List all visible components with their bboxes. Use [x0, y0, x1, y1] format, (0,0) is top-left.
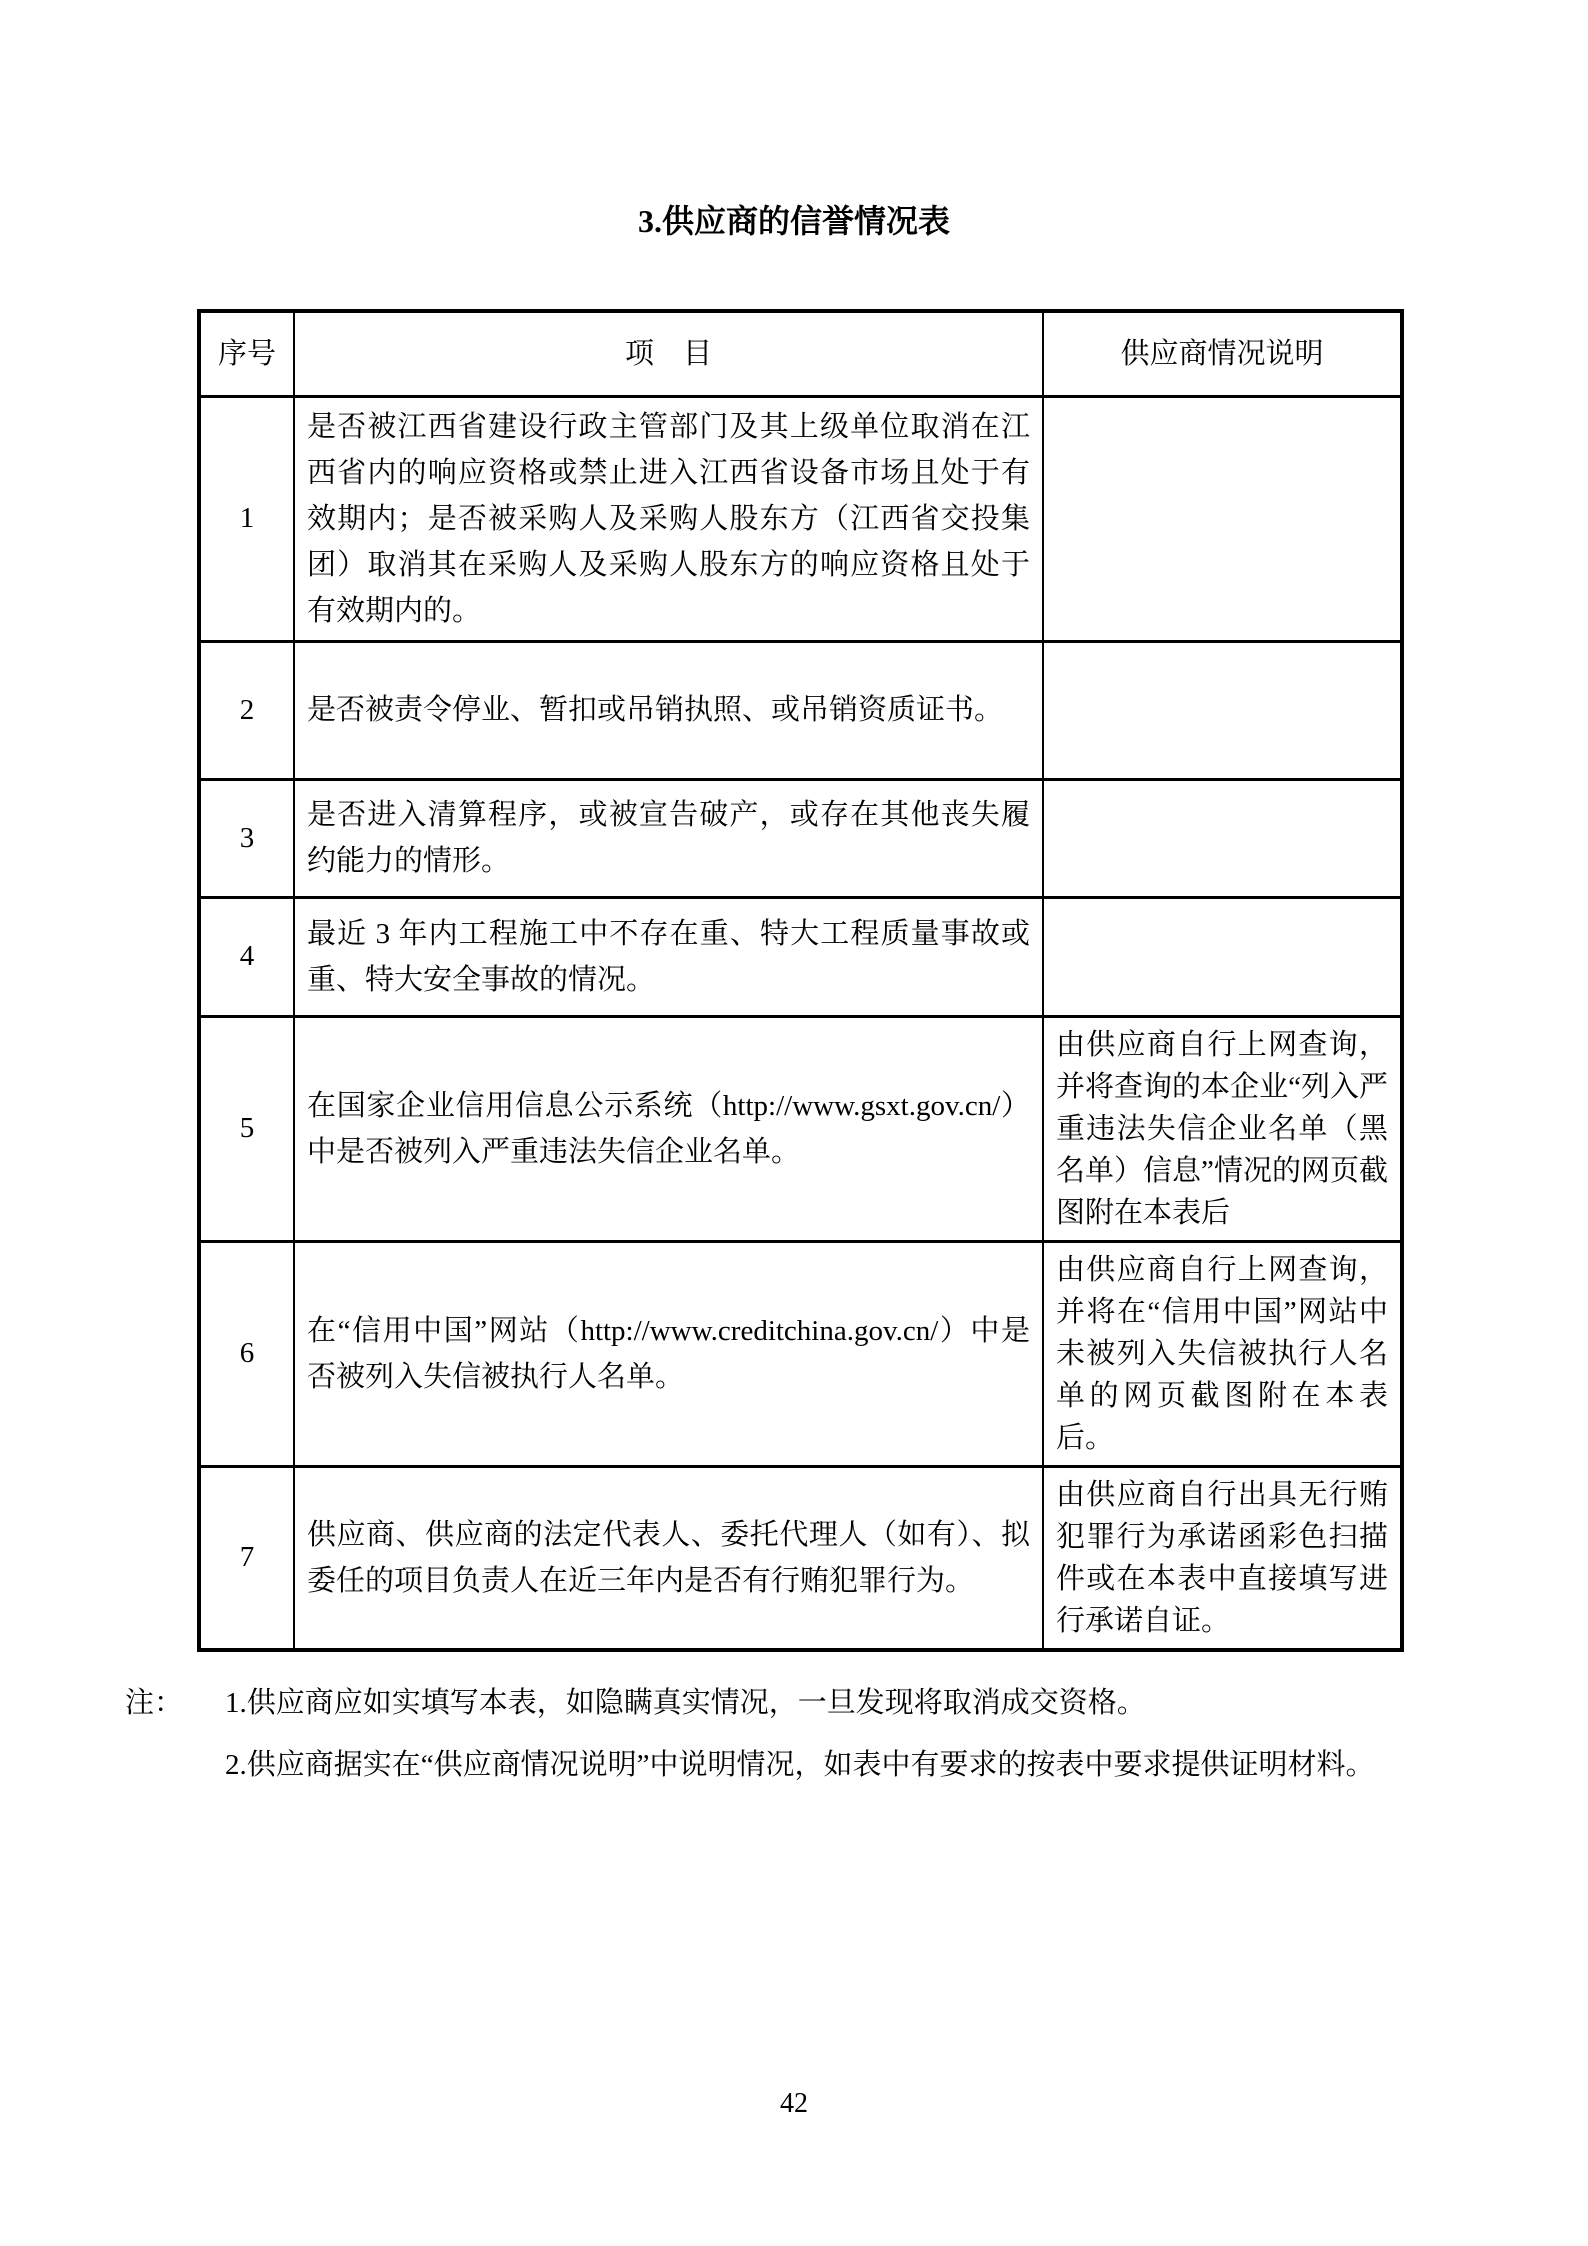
page-number: 42 [0, 2088, 1588, 2120]
header-cell-desc: 供应商情况说明 [1043, 311, 1402, 396]
row-4-item-cell: 最近 3 年内工程施工中不存在重、特大工程质量事故或重、特大安全事故的情况。 [294, 897, 1043, 1016]
row-3-item-cell: 是否进入清算程序，或被宣告破产，或存在其他丧失履约能力的情形。 [294, 779, 1043, 897]
row-7-item-cell: 供应商、供应商的法定代表人、委托代理人（如有）、拟委任的项目负责人在近三年内是否… [294, 1466, 1043, 1650]
row-7-number-cell: 7 [199, 1466, 294, 1650]
row-5-desc-cell: 由供应商自行上网查询，并将查询的本企业“列入严重违法失信企业名单（黑名单）信息”… [1043, 1016, 1402, 1241]
row-3-desc-cell [1043, 779, 1402, 897]
row-6-number-cell: 6 [199, 1241, 294, 1466]
row-7-desc-cell: 由供应商自行出具无行贿犯罪行为承诺函彩色扫描件或在本表中直接填写进行承诺自证。 [1043, 1466, 1402, 1650]
footnote-2: 2.供应商据实在“供应商情况说明”中说明情况，如表中有要求的按表中要求提供证明材… [225, 1734, 1465, 1796]
table-row: 4 最近 3 年内工程施工中不存在重、特大工程质量事故或重、特大安全事故的情况。 [199, 897, 1402, 1016]
footnotes-label: 注： [125, 1672, 225, 1796]
row-1-item-cell: 是否被江西省建设行政主管部门及其上级单位取消在江西省内的响应资格或禁止进入江西省… [294, 396, 1043, 641]
header-cell-no: 序号 [199, 311, 294, 396]
page-title: 3.供应商的信誉情况表 [0, 0, 1588, 239]
table-row: 3 是否进入清算程序，或被宣告破产，或存在其他丧失履约能力的情形。 [199, 779, 1402, 897]
row-1-desc-cell [1043, 396, 1402, 641]
footnotes: 注： 1.供应商应如实填写本表，如隐瞒真实情况，一旦发现将取消成交资格。 2.供… [125, 1672, 1465, 1796]
row-2-item-cell: 是否被责令停业、暂扣或吊销执照、或吊销资质证书。 [294, 641, 1043, 779]
row-3-number-cell: 3 [199, 779, 294, 897]
row-2-desc-cell [1043, 641, 1402, 779]
footnote-1: 1.供应商应如实填写本表，如隐瞒真实情况，一旦发现将取消成交资格。 [225, 1672, 1465, 1734]
table-row: 1 是否被江西省建设行政主管部门及其上级单位取消在江西省内的响应资格或禁止进入江… [199, 396, 1402, 641]
row-4-desc-cell [1043, 897, 1402, 1016]
row-6-item-cell: 在“信用中国”网站（http://www.creditchina.gov.cn/… [294, 1241, 1043, 1466]
row-2-number-cell: 2 [199, 641, 294, 779]
table-row: 2 是否被责令停业、暂扣或吊销执照、或吊销资质证书。 [199, 641, 1402, 779]
row-4-number-cell: 4 [199, 897, 294, 1016]
table-row: 6 在“信用中国”网站（http://www.creditchina.gov.c… [199, 1241, 1402, 1466]
table-row: 7 供应商、供应商的法定代表人、委托代理人（如有）、拟委任的项目负责人在近三年内… [199, 1466, 1402, 1650]
table-row: 5 在国家企业信用信息公示系统（http://www.gsxt.gov.cn/）… [199, 1016, 1402, 1241]
supplier-credit-table: 序号 项 目 供应商情况说明 1 是否被江西省建设行政主管部门及其上级单位取消在… [197, 309, 1404, 1652]
row-5-item-cell: 在国家企业信用信息公示系统（http://www.gsxt.gov.cn/）中是… [294, 1016, 1043, 1241]
row-6-desc-cell: 由供应商自行上网查询，并将在“信用中国”网站中未被列入失信被执行人名单的网页截图… [1043, 1241, 1402, 1466]
header-cell-item: 项 目 [294, 311, 1043, 396]
table-header-row: 序号 项 目 供应商情况说明 [199, 311, 1402, 396]
footnotes-list: 1.供应商应如实填写本表，如隐瞒真实情况，一旦发现将取消成交资格。 2.供应商据… [225, 1672, 1465, 1796]
row-1-number-cell: 1 [199, 396, 294, 641]
document-page: 3.供应商的信誉情况表 序号 项 目 供应商情况说明 1 是否被江西省建设行政主… [0, 0, 1588, 2246]
row-5-number-cell: 5 [199, 1016, 294, 1241]
